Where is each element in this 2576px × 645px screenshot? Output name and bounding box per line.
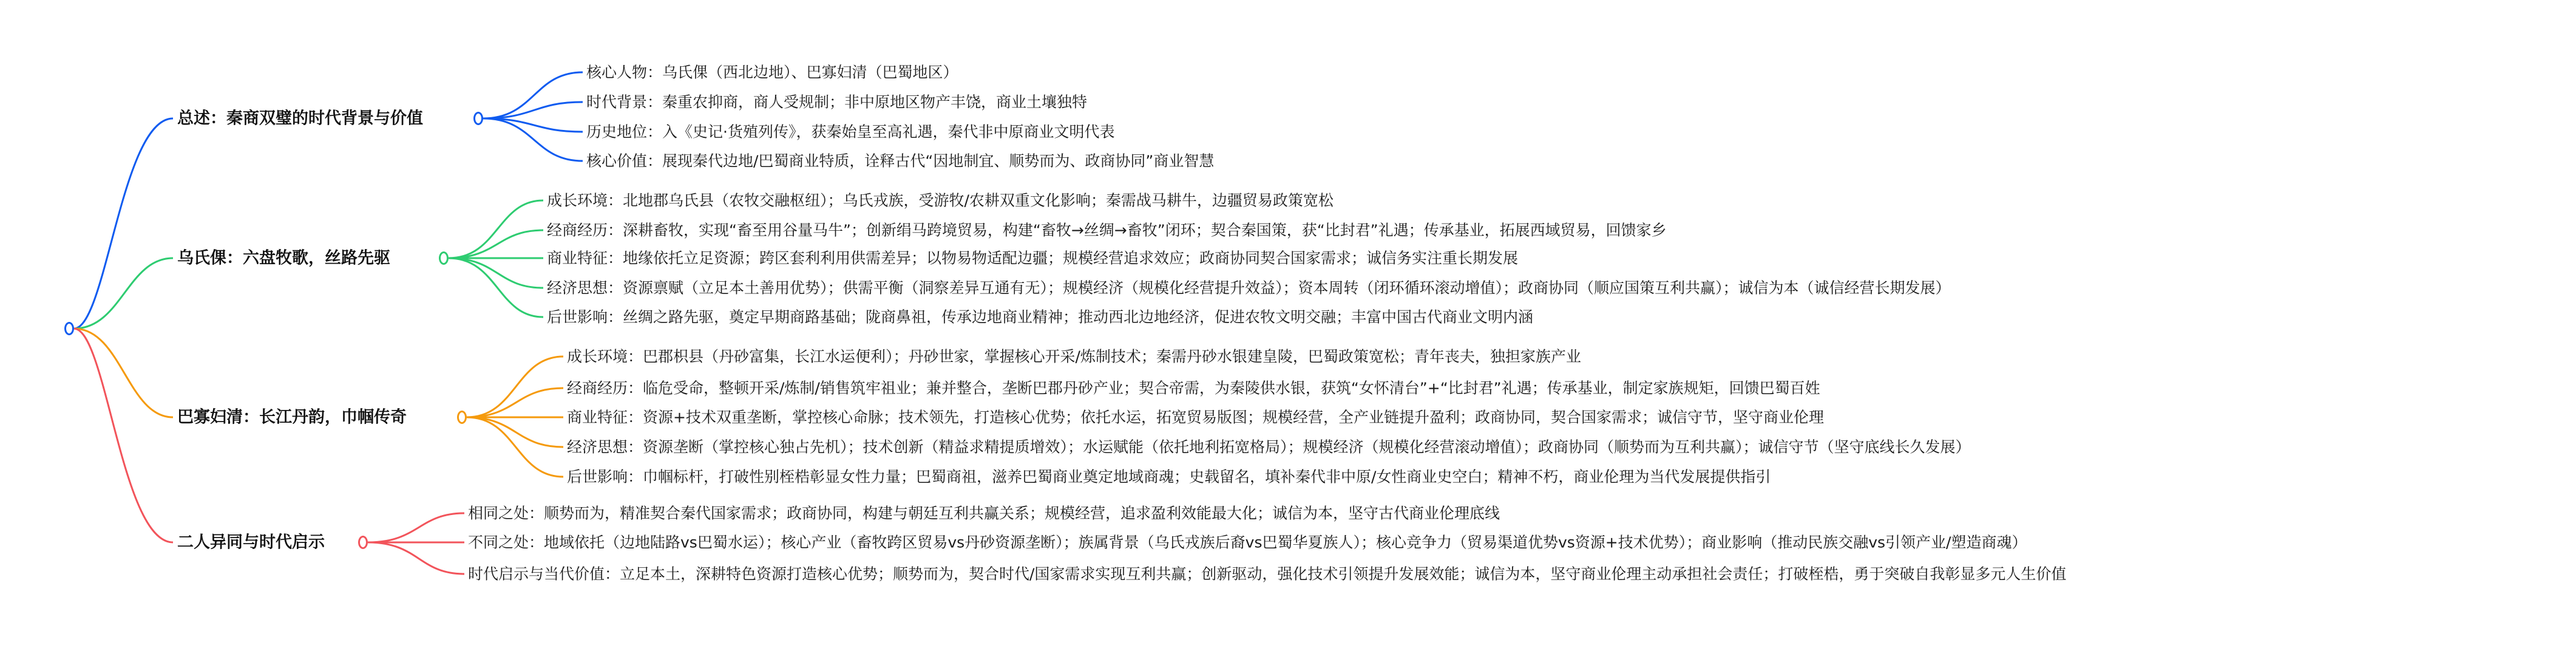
branch-baqing-title[interactable]: 巴寡妇清：长江丹韵，巾帼传奇	[177, 409, 407, 426]
leaf-baqing-environment[interactable]: 成长环境：巴郡枳县（丹砂富集，长江水运便利）；丹砂世家，掌握核心开采/炼制技术；…	[567, 349, 1581, 364]
connector-root-overview	[74, 118, 173, 329]
connector-root-compare	[74, 329, 173, 542]
leaf-wushi-environment[interactable]: 成长环境：北地郡乌氏县（农牧交融枢纽）；乌氏戎族，受游牧/农耕双重文化影响；秦需…	[547, 193, 1334, 208]
branch-overview-toggle[interactable]	[473, 112, 483, 125]
branch-wushi-title[interactable]: 乌氏倮：六盘牧歌，丝路先驱	[177, 250, 390, 267]
leaf-overview-status[interactable]: 历史地位：入《史记·货殖列传》，获秦始皇至高礼遇，秦代非中原商业文明代表	[586, 125, 1114, 140]
branch-compare-title[interactable]: 二人异同与时代启示	[177, 534, 325, 551]
leaf-overview-background[interactable]: 时代背景：秦重农抑商，商人受规制；非中原地区物产丰饶，商业土壤独特	[586, 95, 1087, 110]
connector-root-wushi	[74, 258, 173, 329]
branch-compare-toggle[interactable]	[358, 536, 368, 549]
connector-root-baqing	[74, 329, 173, 417]
branch-overview-title[interactable]: 总述：秦商双璧的时代背景与价值	[177, 111, 423, 127]
leaf-wushi-thought[interactable]: 经济思想：资源禀赋（立足本土善用优势）；供需平衡（洞察差异互通有无）；规模经济（…	[547, 281, 1951, 296]
leaf-baqing-features[interactable]: 商业特征：资源+技术双重垄断，掌控核心命脉；技术领先，打造核心优势；依托水运，拓…	[567, 410, 1824, 425]
leaf-wushi-experience[interactable]: 经商经历：深耕畜牧，实现“畜至用谷量马牛”；创新绢马跨境贸易，构建“畜牧→丝绸→…	[547, 223, 1667, 238]
leaf-compare-differences[interactable]: 不同之处：地域依托（边地陆路vs巴蜀水运）；核心产业（畜牧跨区贸易vs丹砂资源垄…	[468, 535, 2027, 550]
leaf-baqing-experience[interactable]: 经商经历：临危受命，整顿开采/炼制/销售筑牢祖业；兼并整合，垄断巴郡丹砂产业；契…	[567, 381, 1820, 396]
leaf-baqing-thought[interactable]: 经济思想：资源垄断（掌控核心独占先机）；技术创新（精益求精提质增效）；水运赋能（…	[567, 440, 1971, 455]
leaf-overview-value[interactable]: 核心价值：展现秦代边地/巴蜀商业特质，诠释古代“因地制宜、顺势而为、政商协同”商…	[586, 154, 1214, 169]
branch-wushi-toggle[interactable]	[439, 251, 449, 265]
leaf-compare-insights[interactable]: 时代启示与当代价值：立足本土，深耕特色资源打造核心优势；顺势而为，契合时代/国家…	[468, 567, 2066, 582]
leaf-wushi-legacy[interactable]: 后世影响：丝绸之路先驱，奠定早期商路基础；陇商鼻祖，传承边地商业精神；推动西北边…	[547, 310, 1533, 325]
root-node-toggle[interactable]	[64, 322, 74, 335]
leaf-baqing-legacy[interactable]: 后世影响：巾帼标杆，打破性别桎梏彰显女性力量；巴蜀商祖，滋养巴蜀商业奠定地域商魂…	[567, 469, 1771, 485]
leaf-overview-core-figures[interactable]: 核心人物：乌氏倮（西北边地）、巴寡妇清（巴蜀地区）	[586, 65, 958, 80]
leaf-compare-similarities[interactable]: 相同之处：顺势而为，精准契合秦代国家需求；政商协同，构建与朝廷互利共赢关系；规模…	[468, 506, 1500, 521]
branch-baqing-toggle[interactable]	[457, 411, 467, 424]
leaf-wushi-features[interactable]: 商业特征：地缘依托立足资源；跨区套利利用供需差异；以物易物适配边疆；规模经营追求…	[547, 251, 1518, 266]
